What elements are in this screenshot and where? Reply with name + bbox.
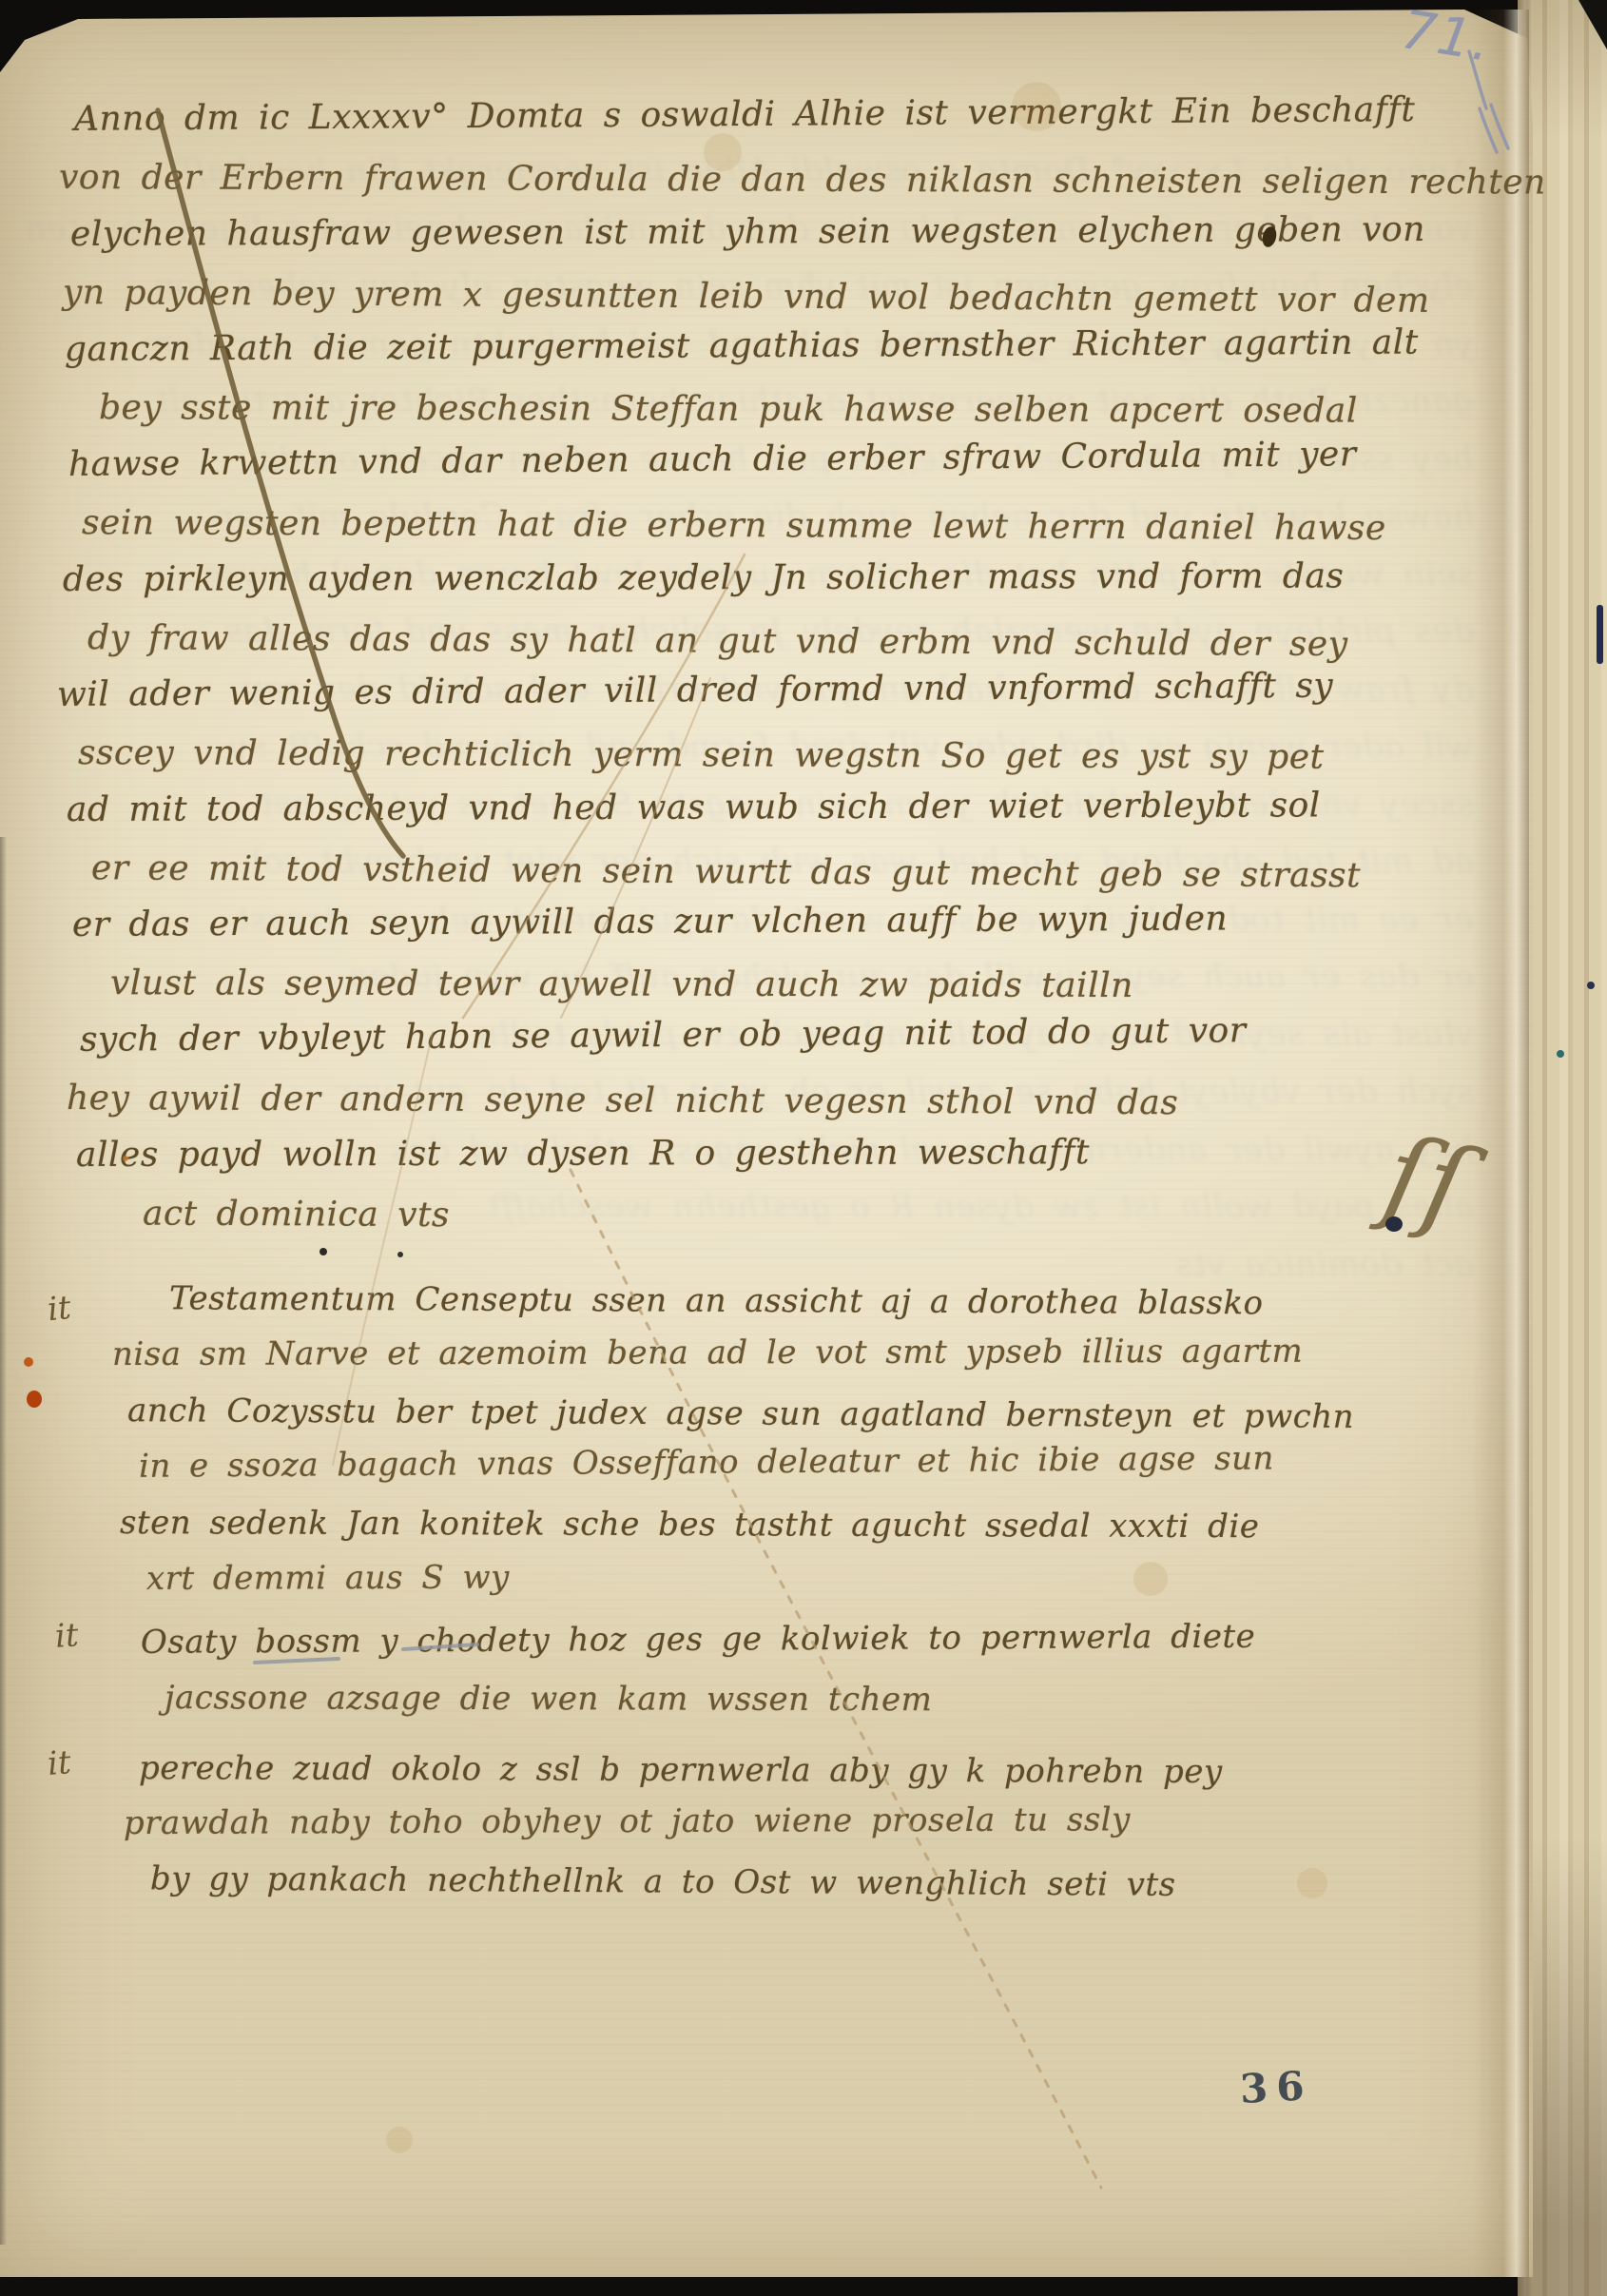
manuscript-line: wil ader wenig es dird ader vill dred fo…	[55, 656, 1491, 724]
manuscript-line: nisa sm Narve et azemoim bena ad le vot …	[112, 1324, 1354, 1383]
manuscript-line: alles payd wolln ist zw dysen R o gesthe…	[55, 1123, 1491, 1184]
manuscript-line: by gy pankach nechthellnk a to Ost w wen…	[112, 1851, 1223, 1913]
margin-item-mark: it	[46, 1289, 73, 1329]
margin-item-mark: it	[54, 1616, 80, 1656]
margin-item-mark: it	[46, 1743, 72, 1783]
manuscript-line: ganczn Rath die zeit purgermeist agathia…	[55, 314, 1491, 379]
manuscript-line: sych der vbyleyt habn se aywil er ob yea…	[55, 1001, 1491, 1069]
manuscript-line: Anno dm ic Lxxxxv° Domta s oswaldi Alhie…	[55, 81, 1491, 148]
manuscript-line: prawdah naby toho obyhey ot jato wiene p…	[112, 1792, 1223, 1851]
manuscript-paragraph-3: Osaty bossm y chodety hoz ges ge kolwiek…	[112, 1615, 1255, 1725]
manuscript-line: jacssone azsage die wen kam wssen tchem	[112, 1670, 1255, 1728]
manuscript-line: xrt demmi aus S wy	[112, 1547, 1354, 1607]
manuscript-paragraph-1: Anno dm ic Lxxxxv° Domta s oswaldi Alhie…	[55, 91, 1491, 1242]
manuscript-line: elychen hausfraw gewesen ist mit yhm sei…	[55, 202, 1491, 264]
manuscript-line: in e ssoza bagach vnas Osseffano deleatu…	[112, 1430, 1354, 1495]
manuscript-line: er das er auch seyn aywill das zur vlche…	[55, 889, 1491, 954]
manuscript-scan: Anno dm ic Lxxxxv° Domta s oswaldi Alhie…	[0, 0, 1607, 2296]
manuscript-line: sten sedenk Jan konitek sche bes tastht …	[112, 1495, 1354, 1556]
left-edge-shadow	[0, 837, 7, 2245]
manuscript-paragraph-2: Testamentum Censeptu ssen an assicht aj …	[112, 1271, 1354, 1607]
manuscript-line: hawse krwettn vnd dar neben auch die erb…	[55, 425, 1491, 494]
manuscript-line: act dominica vts	[55, 1185, 1491, 1250]
manuscript-line: Testamentum Censeptu ssen an assicht aj …	[112, 1271, 1354, 1333]
manuscript-line: Osaty bossm y chodety hoz ges ge kolwiek…	[112, 1609, 1256, 1670]
manuscript-line: pereche zuad okolo z ssl b pernwerla aby…	[112, 1741, 1223, 1800]
archive-stamp: 36	[1239, 2062, 1314, 2112]
manuscript-line: ad mit tod abscheyd vnd hed was wub sich…	[55, 777, 1491, 840]
manuscript-paragraph-4: pereche zuad okolo z ssl b pernwerla aby…	[112, 1741, 1223, 1906]
manuscript-line: des pirkleyn ayden wenczlab zeydely Jn s…	[55, 548, 1491, 609]
